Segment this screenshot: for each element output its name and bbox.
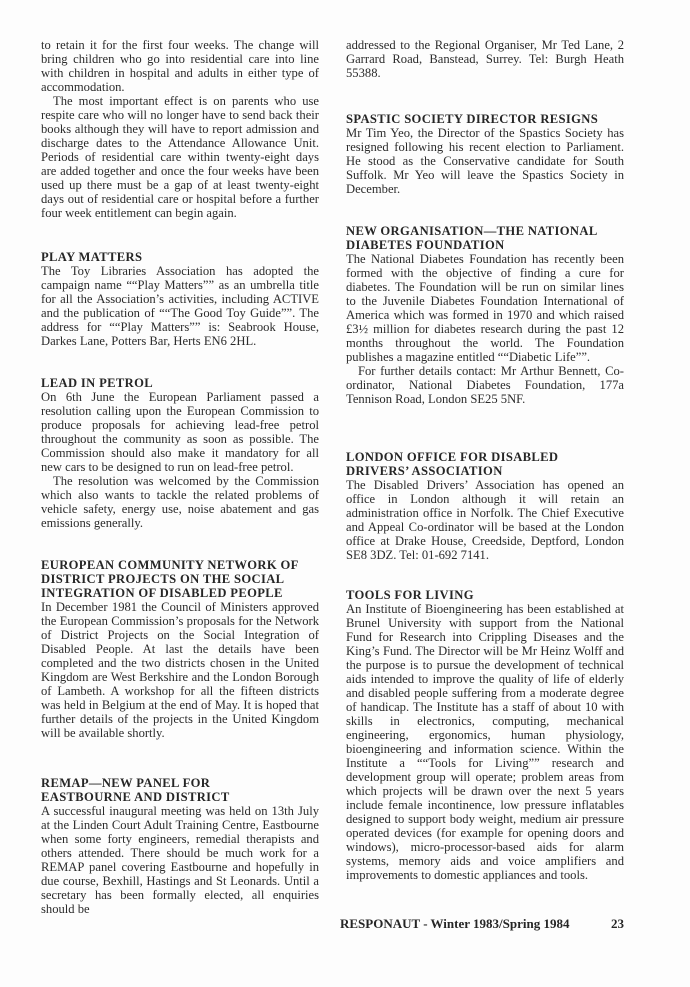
paragraph: to retain it for the first four weeks. T… [41,38,319,94]
article-heading: EUROPEAN COMMUNITY NETWORK OF DISTRICT P… [41,558,319,600]
paragraph: The National Diabetes Foundation has rec… [346,252,624,364]
article-european-network: EUROPEAN COMMUNITY NETWORK OF DISTRICT P… [41,558,319,740]
article-heading: LEAD IN PETROL [41,376,319,390]
paragraph: Mr Tim Yeo, the Director of the Spastics… [346,126,624,196]
page-number: 23 [611,916,624,931]
article-heading: REMAP—NEW PANEL FOR EASTBOURNE AND DISTR… [41,776,319,804]
article-remap-continuation: addressed to the Regional Organiser, Mr … [346,38,624,80]
article-lead-in-petrol: LEAD IN PETROL On 6th June the European … [41,376,319,530]
heading-line: EASTBOURNE AND DISTRICT [41,790,319,804]
article-heading: LONDON OFFICE FOR DISABLED DRIVERS’ ASSO… [346,450,624,478]
heading-line: NEW ORGANISATION—THE NATIONAL [346,224,624,238]
paragraph: The most important effect is on parents … [41,94,319,220]
paragraph: The Disabled Drivers’ Association has op… [346,478,624,562]
paragraph: A successful inaugural meeting was held … [41,804,319,916]
article-tools-for-living: TOOLS FOR LIVING An Institute of Bioengi… [346,588,624,882]
article-heading: PLAY MATTERS [41,250,319,264]
paragraph: In December 1981 the Council of Minister… [41,600,319,740]
article-spastic-society: SPASTIC SOCIETY DIRECTOR RESIGNS Mr Tim … [346,112,624,196]
heading-line: DIABETES FOUNDATION [346,238,624,252]
heading-line: REMAP—NEW PANEL FOR [41,776,319,790]
article-disabled-drivers: LONDON OFFICE FOR DISABLED DRIVERS’ ASSO… [346,450,624,562]
paragraph: An Institute of Bioengineering has been … [346,602,624,882]
page-footer: RESPONAUT - Winter 1983/Spring 1984 23 [340,916,624,931]
heading-line: DRIVERS’ ASSOCIATION [346,464,624,478]
article-play-matters: PLAY MATTERS The Toy Libraries Associati… [41,250,319,348]
heading-line: EUROPEAN COMMUNITY NETWORK OF [41,558,319,572]
paragraph: On 6th June the European Parliament pass… [41,390,319,474]
heading-line: INTEGRATION OF DISABLED PEOPLE [41,586,319,600]
article-heading: NEW ORGANISATION—THE NATIONAL DIABETES F… [346,224,624,252]
paragraph: addressed to the Regional Organiser, Mr … [346,38,624,80]
article-continuation: to retain it for the first four weeks. T… [41,38,319,220]
article-remap: REMAP—NEW PANEL FOR EASTBOURNE AND DISTR… [41,776,319,916]
paragraph: For further details contact: Mr Arthur B… [346,364,624,406]
paragraph: The resolution was welcomed by the Commi… [41,474,319,530]
heading-line: DISTRICT PROJECTS ON THE SOCIAL [41,572,319,586]
heading-line: LONDON OFFICE FOR DISABLED [346,450,624,464]
article-heading: TOOLS FOR LIVING [346,588,624,602]
publication-title: RESPONAUT - Winter 1983/Spring 1984 [340,916,569,931]
magazine-page: to retain it for the first four weeks. T… [0,0,690,987]
paragraph: The Toy Libraries Association has adopte… [41,264,319,348]
article-heading: SPASTIC SOCIETY DIRECTOR RESIGNS [346,112,624,126]
article-diabetes-foundation: NEW ORGANISATION—THE NATIONAL DIABETES F… [346,224,624,406]
